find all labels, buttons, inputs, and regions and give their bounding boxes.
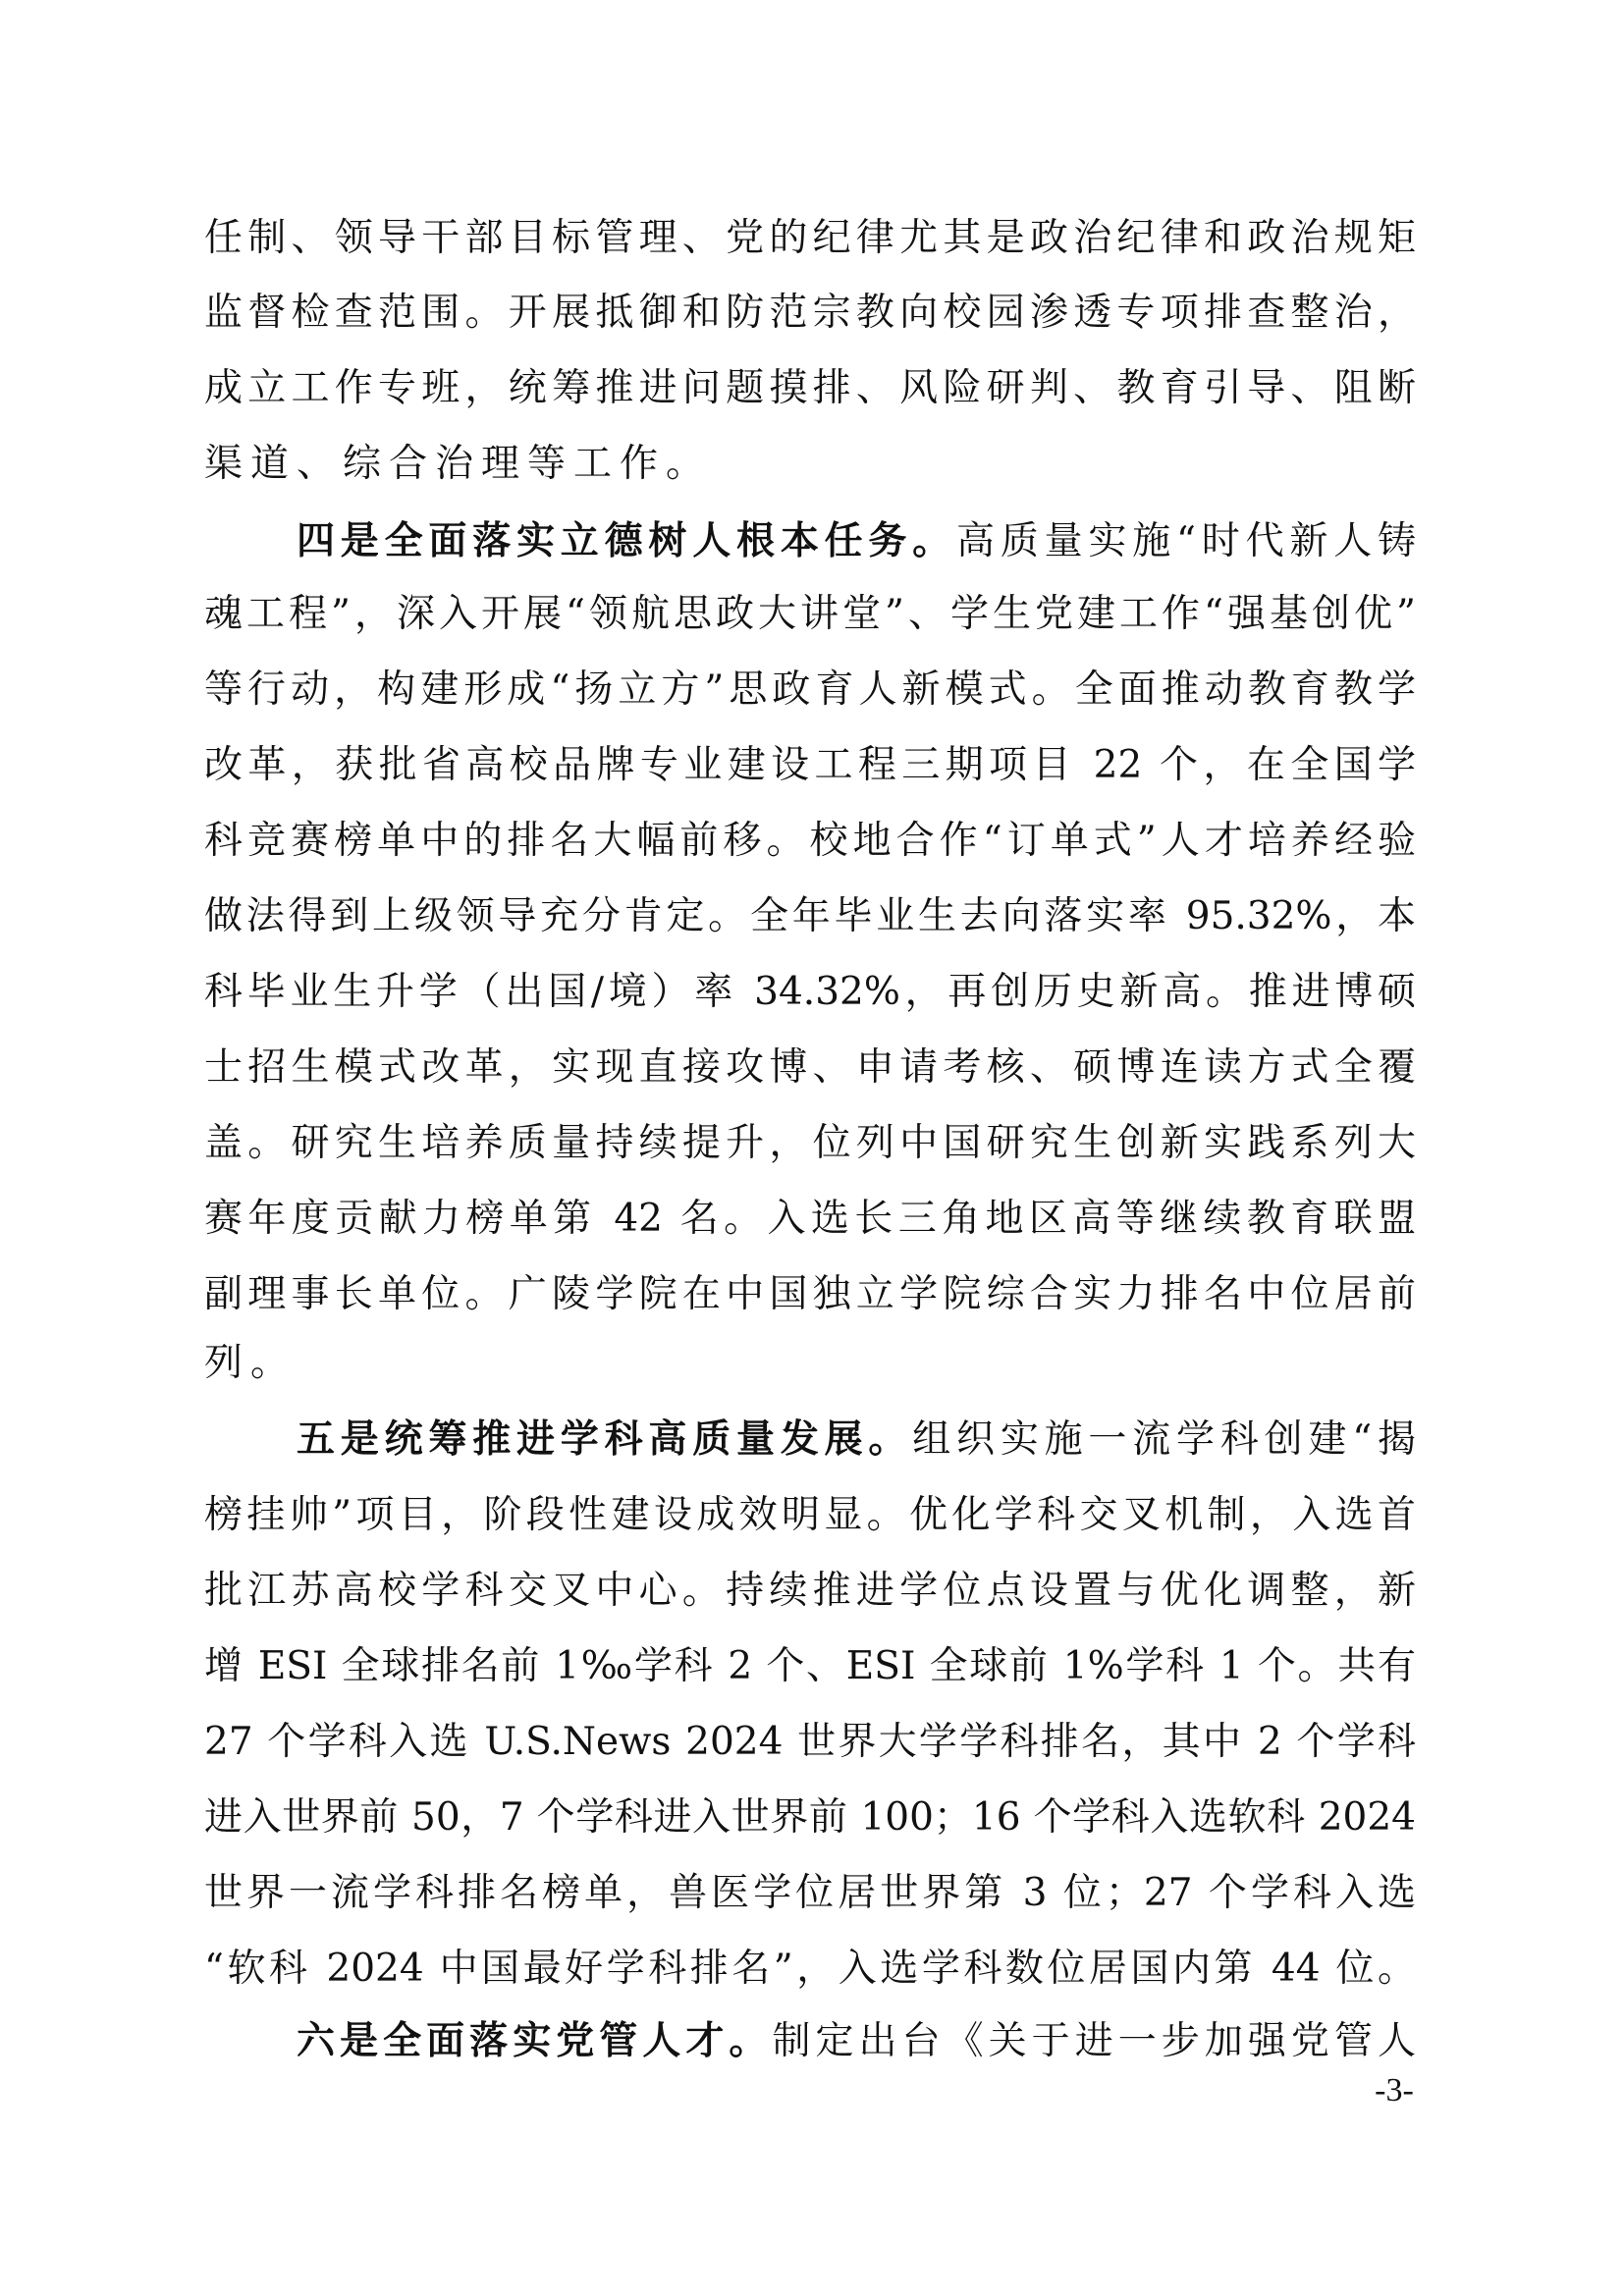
paragraph-2-line-5: 科竞赛榜单中的排名大幅前移。校地合作“订单式”人才培养经验: [204, 817, 1416, 866]
paragraph-2-line-3: 等行动，构建形成“扬立方”思政育人新模式。全面推动教育教学: [204, 666, 1416, 715]
paragraph-3-line-6: 进入世界前 50，7 个学科进入世界前 100；16 个学科入选软科 2024: [204, 1793, 1416, 1842]
paragraph-2-line-12: 列。: [204, 1339, 1416, 1388]
paragraph-4-heading: 六是全面落实党管人才。: [297, 2019, 772, 2063]
paragraph-2-line-1: 四是全面落实立德树人根本任务。高质量实施“时代新人铸: [297, 517, 1416, 566]
paragraph-3-line-4: 增 ESI 全球排名前 1‰学科 2 个、ESI 全球前 1%学科 1 个。共有: [204, 1642, 1416, 1691]
paragraph-2-line-6: 做法得到上级领导充分肯定。全年毕业生去向落实率 95.32%，本: [204, 892, 1416, 941]
paragraph-1-line-4: 渠道、综合治理等工作。: [204, 440, 1416, 489]
paragraph-3-line-7: 世界一流学科排名榜单，兽医学位居世界第 3 位；27 个学科入选: [204, 1869, 1416, 1918]
paragraph-1-line-2: 监督检查范围。开展抵御和防范宗教向校园渗透专项排查整治，: [204, 289, 1416, 338]
paragraph-2-line-9: 盖。研究生培养质量持续提升，位列中国研究生创新实践系列大: [204, 1119, 1416, 1168]
paragraph-2-line-7: 科毕业生升学（出国/境）率 34.32%，再创历史新高。推进博硕: [204, 968, 1416, 1017]
paragraph-3-line-3: 批江苏高校学科交叉中心。持续推进学位点设置与优化调整，新: [204, 1567, 1416, 1616]
paragraph-2-first-line-text: 高质量实施“时代新人铸: [956, 519, 1416, 563]
paragraph-1-line-1: 任制、领导干部目标管理、党的纪律尤其是政治纪律和政治规矩: [204, 214, 1416, 263]
paragraph-2-heading: 四是全面落实立德树人根本任务。: [297, 519, 956, 563]
paragraph-2-line-8: 士招生模式改革，实现直接攻博、申请考核、硕博连读方式全覆: [204, 1043, 1416, 1093]
paragraph-2-line-10: 赛年度贡献力榜单第 42 名。入选长三角地区高等继续教育联盟: [204, 1195, 1416, 1244]
paragraph-3-first-line-text: 组织实施一流学科创建“揭: [912, 1417, 1416, 1462]
document-page: 任制、领导干部目标管理、党的纪律尤其是政治纪律和政治规矩 监督检查范围。开展抵御…: [0, 0, 1624, 2296]
page-number: -3-: [1360, 2069, 1429, 2112]
paragraph-3-line-5: 27 个学科入选 U.S.News 2024 世界大学学科排名，其中 2 个学科: [204, 1718, 1416, 1767]
paragraph-3-line-1: 五是统筹推进学科高质量发展。组织实施一流学科创建“揭: [297, 1415, 1416, 1465]
paragraph-3-line-8: “软科 2024 中国最好学科排名”，入选学科数位居国内第 44 位。: [204, 1945, 1416, 1994]
paragraph-3-heading: 五是统筹推进学科高质量发展。: [297, 1417, 912, 1462]
paragraph-2-line-11: 副理事长单位。广陵学院在中国独立学院综合实力排名中位居前: [204, 1270, 1416, 1319]
paragraph-4-line-1: 六是全面落实党管人才。制定出台《关于进一步加强党管人: [297, 2017, 1416, 2066]
paragraph-3-line-2: 榜挂帅”项目，阶段性建设成效明显。优化学科交叉机制，入选首: [204, 1491, 1416, 1540]
paragraph-4-first-line-text: 制定出台《关于进一步加强党管人: [772, 2019, 1416, 2063]
paragraph-2-line-2: 魂工程”，深入开展“领航思政大讲堂”、学生党建工作“强基创优”: [204, 590, 1416, 639]
paragraph-1-line-3: 成立工作专班，统筹推进问题摸排、风险研判、教育引导、阻断: [204, 364, 1416, 413]
paragraph-2-line-4: 改革，获批省高校品牌专业建设工程三期项目 22 个，在全国学: [204, 741, 1416, 790]
